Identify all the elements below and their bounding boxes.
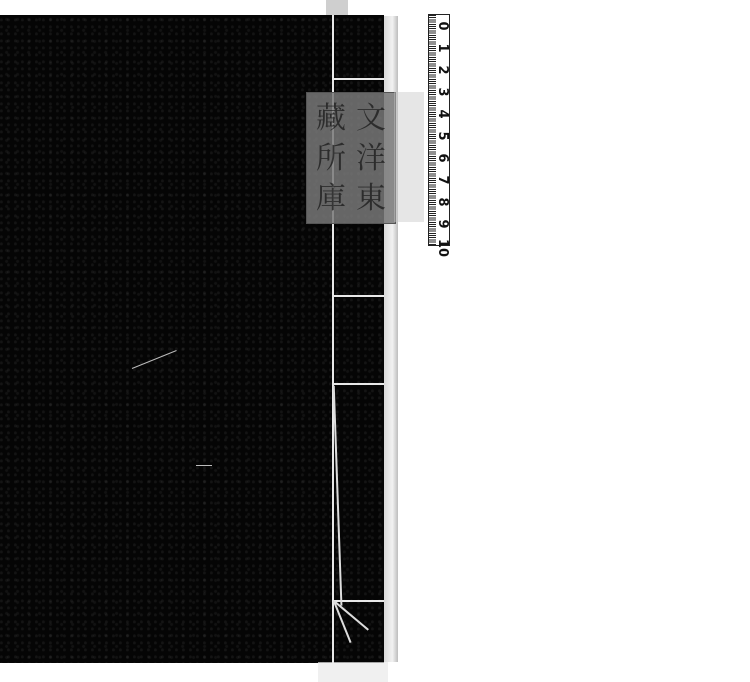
ruler-number: 10 (435, 239, 449, 253)
ruler-number: 9 (435, 217, 449, 231)
seal-characters: 藏所庫文洋東 (311, 99, 391, 217)
scan-strip (326, 0, 348, 16)
scratch-mark (196, 465, 212, 466)
ruler-number: 6 (435, 151, 449, 165)
seal-character: 所 (311, 139, 351, 179)
ruler-number: 7 (435, 173, 449, 187)
ruler-number: 8 (435, 195, 449, 209)
ruler-number: 1 (435, 41, 449, 55)
scale-ruler: 012345678910 (428, 14, 450, 246)
ruler-number: 5 (435, 129, 449, 143)
seal-ghost (394, 92, 424, 222)
ownership-seal: 藏所庫文洋東 (306, 92, 396, 224)
seal-character: 文 (351, 99, 391, 139)
binding-thread-stitch (333, 295, 384, 297)
binding-thread-stitch (333, 78, 384, 80)
ruler-number: 4 (435, 107, 449, 121)
seal-character: 庫 (311, 179, 351, 219)
ruler-number: 3 (435, 85, 449, 99)
seal-character: 東 (351, 179, 391, 219)
seal-character: 藏 (311, 99, 351, 139)
scan-smudge (318, 662, 388, 682)
ruler-number: 2 (435, 63, 449, 77)
binding-thread-stitch (333, 383, 384, 385)
ruler-numbers: 012345678910 (435, 15, 449, 245)
seal-character: 洋 (351, 139, 391, 179)
ruler-number: 0 (435, 19, 449, 33)
